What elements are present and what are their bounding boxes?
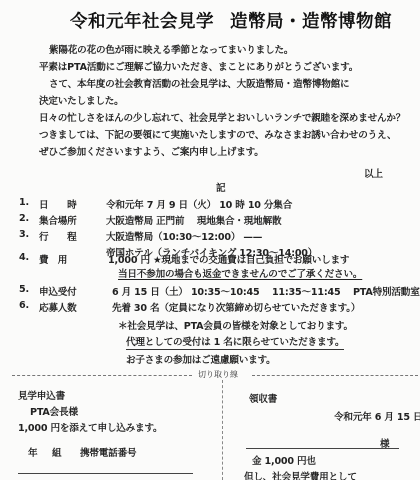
item-number: 3. [19,229,29,240]
cut-line-vertical [222,380,223,480]
item-label: 行 程 [39,229,77,243]
item-number: 1. [19,197,29,208]
item-label: 費 用 [39,252,67,266]
field-label-class: 組 [52,445,61,459]
cut-line-label: 切り取り線 [198,369,238,380]
intro-line-1: 紫陽花の花の色が雨に映える季節となってまいりました。 [49,42,293,56]
document-title: 令和元年社会見学造幣局・造幣博物館 [70,8,392,33]
closing-ijou: 以上 [364,166,383,180]
application-statement: 1,000 円を添えて申し込みます。 [18,420,162,434]
application-heading: 見学申込書 [18,388,65,402]
item-value: 大阪造幣局（10:30〜12:00） —— [106,229,262,243]
item-value: 先着 30 名（定員になり次第締め切らせていただきます。） [112,300,360,314]
item-label: 日 時 [39,197,77,211]
intro-line-2: 平素はPTA活動にご理解ご協力いただき、まことにありがとうございます。 [39,59,358,73]
recipient-name-line[interactable] [246,448,399,449]
receipt-amount: 金 1,000 円也 [252,453,316,467]
item-number: 2. [19,213,29,224]
item-value: 令和元年 7 月 9 日（火） 10 時 10 分集合 [106,197,292,211]
item-label: 申込受付 [39,284,77,298]
item-value: 1,000 円 ★現地までの交通費は自己負担でお願いします [108,252,349,266]
item-value: 6 月 15 日（土） 10:35〜10:45 11:35〜11:45 PTA特… [112,284,420,298]
item-number: 6. [19,300,29,311]
receipt-heading: 領収書 [249,391,277,405]
title-part1: 令和元年社会見学 [70,12,214,32]
signature-line[interactable] [18,473,193,474]
application-addressee: PTA会長様 [30,404,78,418]
intro-line-3: さて、本年度の社会教育活動の社会見学は、大阪造幣局・造幣博物館に [49,76,349,90]
title-part2: 造幣局・造幣博物館 [230,12,392,32]
note-no-children: お子さまの参加はご遠慮願います。 [126,352,276,366]
item-value: 大阪造幣局 正門前 現地集合・現地解散 [106,213,281,227]
field-label-phone: 携帯電話番号 [80,445,136,459]
item-number: 4. [19,252,29,263]
no-refund-note: 当日不参加の場合も返金できませんのでご了承ください。 [118,266,362,280]
field-label-year: 年 [28,445,37,459]
ki-heading: 記 [216,180,225,194]
note-members-only: ＊社会見学は、PTA会員の皆様を対象としております。 [118,318,353,332]
note-proxy-limit: 代理としての受付は 1 名に限らせていただきます。 [126,334,344,350]
intro-line-4: 決定いたしました。 [39,93,124,107]
cut-line-right [252,375,418,376]
intro-line-5: 日々の忙しさをほんの少し忘れて、社会見学とおいしいランチで親睦を深めませんか？ [39,110,405,124]
item-number: 5. [19,284,29,295]
intro-line-6: つきましては、下記の要領にて実施いたしますので、みなさまお誘い合わせのうえ、 [39,127,396,141]
receipt-purpose: 但し、社会見学費用として [244,469,357,480]
receipt-date: 令和元年 6 月 15 日 [334,409,420,423]
item-label: 集合場所 [39,213,77,227]
intro-line-7: ぜひご参加くださいますよう、ご案内申し上げます。 [39,144,264,158]
cut-line-left [12,375,192,376]
item-label: 応募人数 [39,300,77,314]
